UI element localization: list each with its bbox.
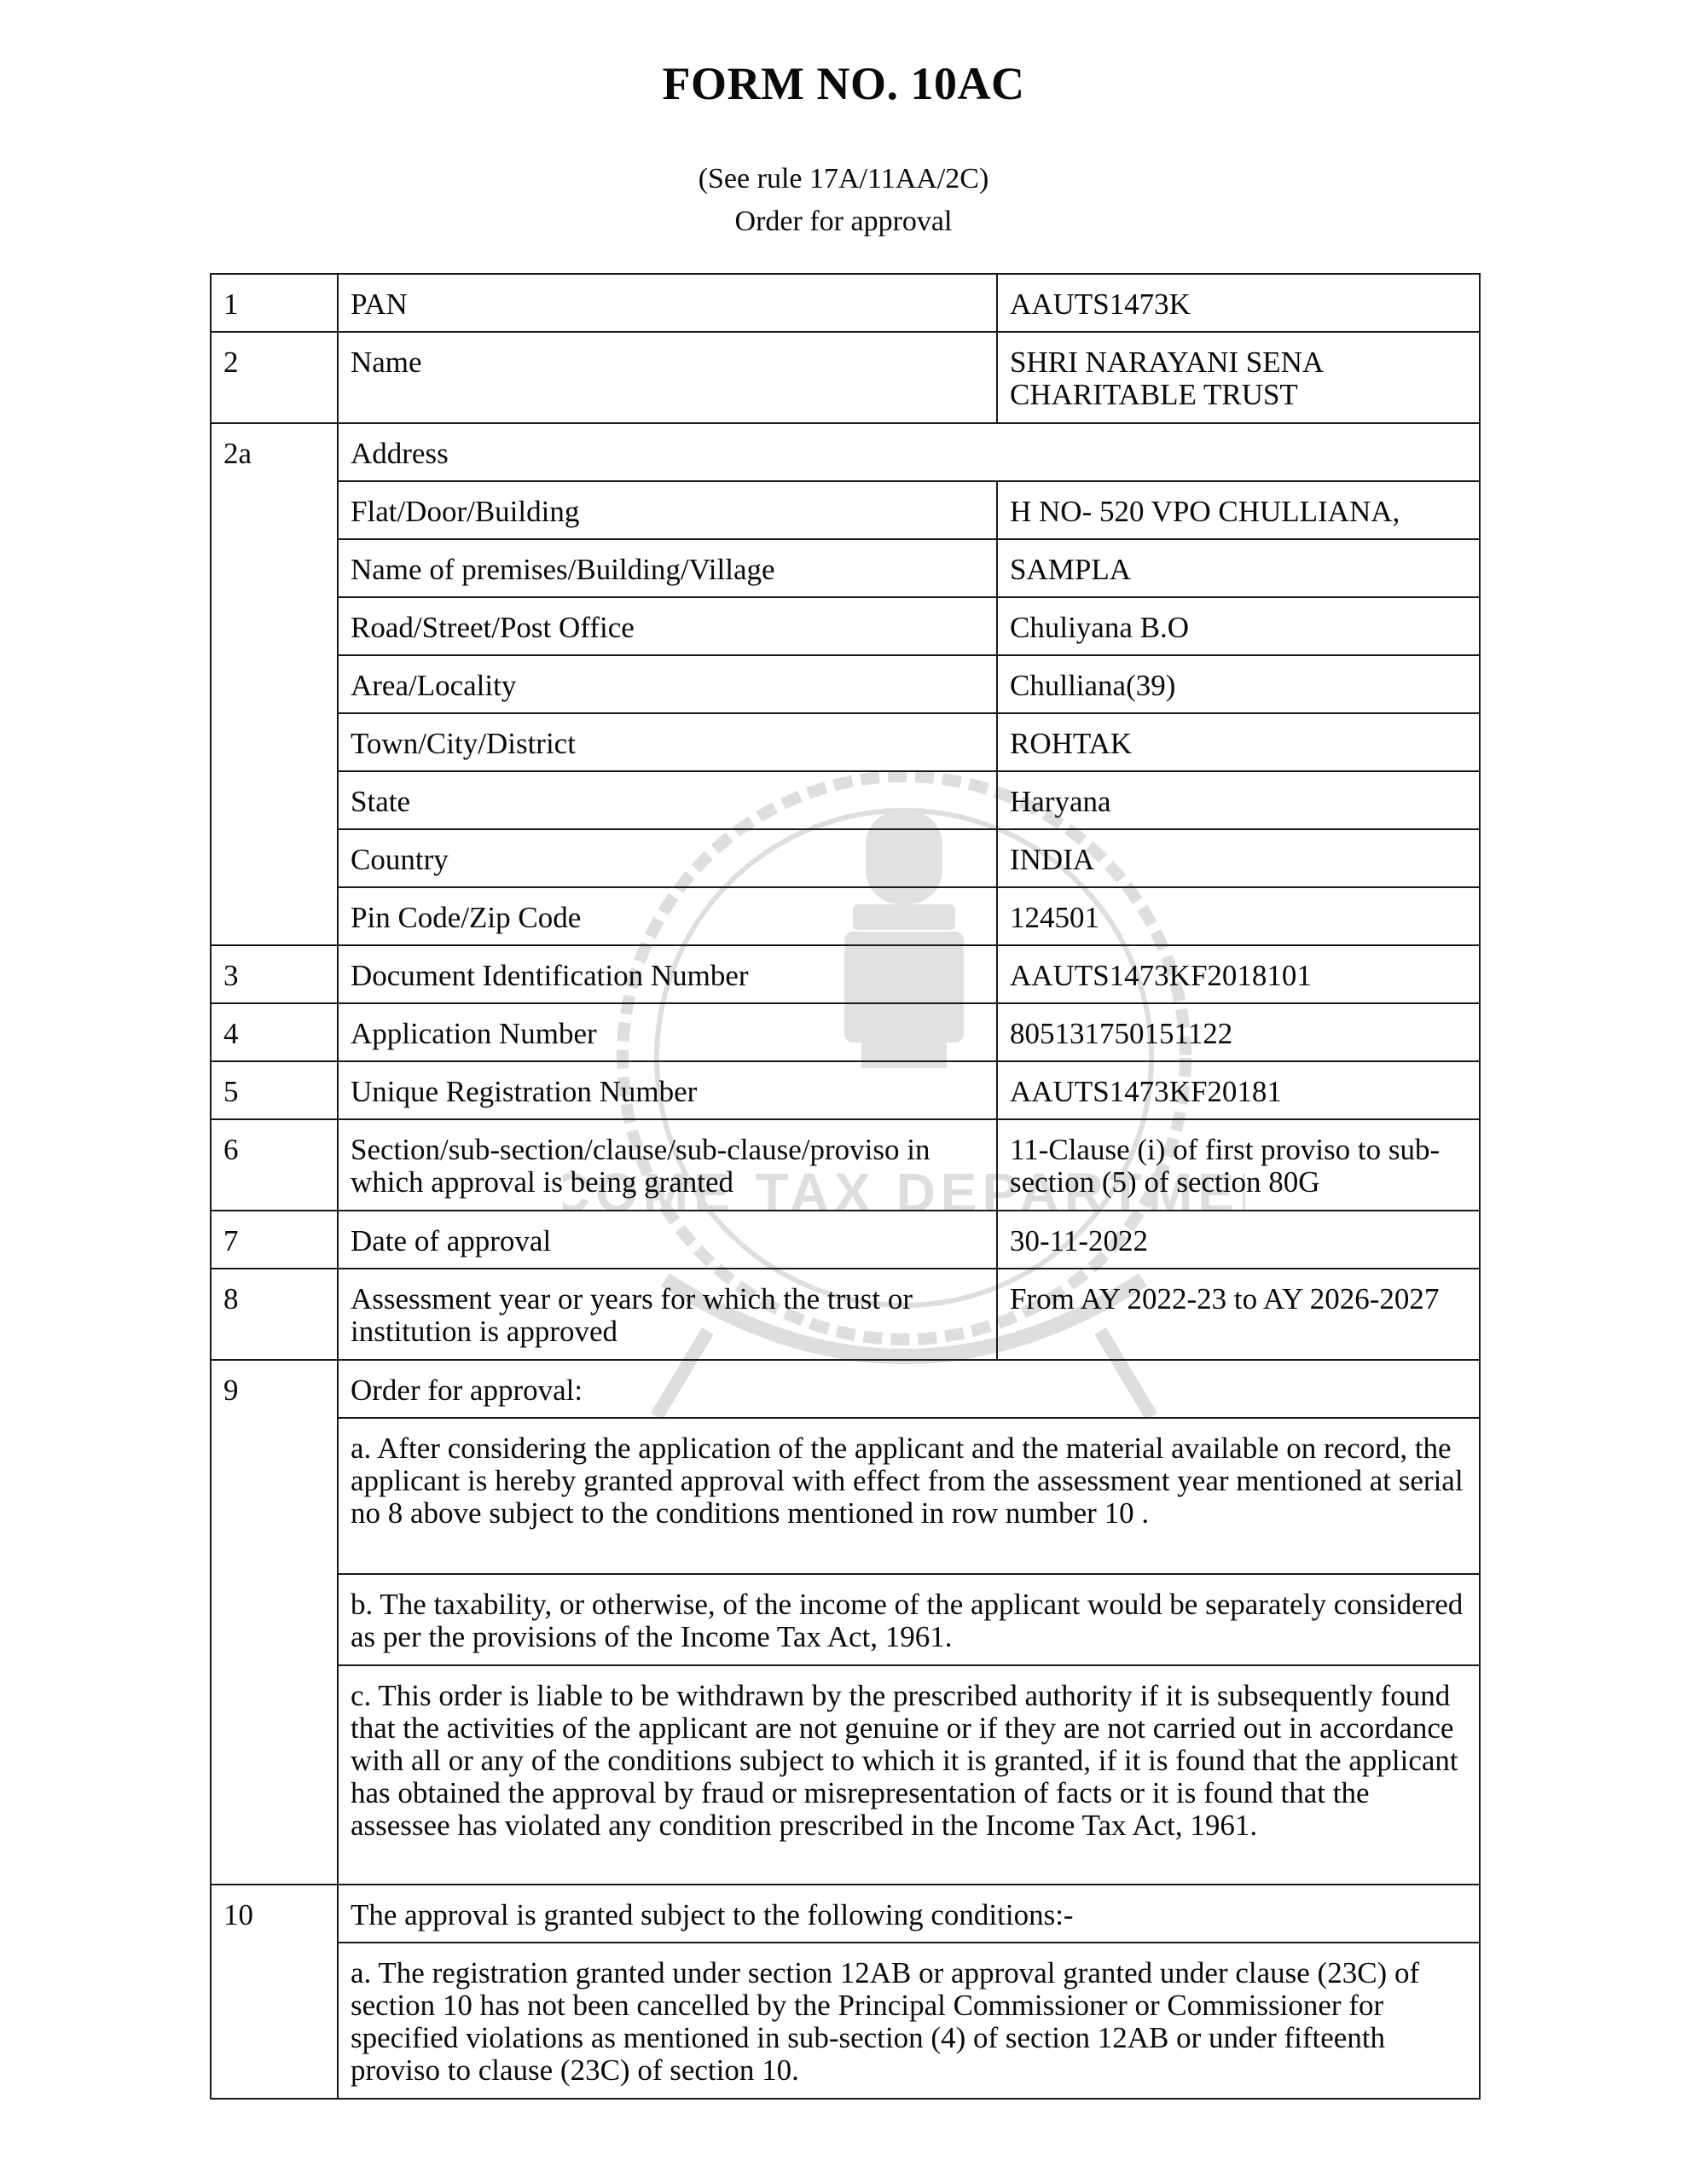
table-row-address-header: 2a Address xyxy=(211,423,1480,481)
serial-number: 2 xyxy=(211,332,338,423)
table-row-address-field: Name of premises/Building/Village SAMPLA xyxy=(211,539,1480,597)
field-value: Chulliana(39) xyxy=(997,655,1480,713)
field-value: Haryana xyxy=(997,771,1480,829)
form-subtitle: Order for approval xyxy=(0,205,1687,239)
din-value: AAUTS1473KF2018101 xyxy=(997,945,1480,1003)
serial-number: 2a xyxy=(211,423,338,945)
field-label: Assessment year or years for which the t… xyxy=(338,1269,997,1360)
field-label: Document Identification Number xyxy=(338,945,997,1003)
table-row-conditions-header: 10 The approval is granted subject to th… xyxy=(211,1885,1480,1943)
table-row-order-item: c. This order is liable to be withdrawn … xyxy=(211,1665,1480,1885)
serial-number: 6 xyxy=(211,1119,338,1211)
serial-number: 8 xyxy=(211,1269,338,1360)
table-row-address-field: Pin Code/Zip Code 124501 xyxy=(211,887,1480,945)
section-label: The approval is granted subject to the f… xyxy=(338,1885,1480,1943)
urn-value: AAUTS1473KF20181 xyxy=(997,1061,1480,1119)
table-row-date-of-approval: 7 Date of approval 30-11-2022 xyxy=(211,1211,1480,1269)
field-label: Date of approval xyxy=(338,1211,997,1269)
field-label: Flat/Door/Building xyxy=(338,481,997,539)
order-clause-c: c. This order is liable to be withdrawn … xyxy=(338,1665,1480,1885)
application-number-value: 805131750151122 xyxy=(997,1003,1480,1061)
table-row-address-field: Country INDIA xyxy=(211,829,1480,887)
table-row-din: 3 Document Identification Number AAUTS14… xyxy=(211,945,1480,1003)
table-row-section: 6 Section/sub-section/clause/sub-clause/… xyxy=(211,1119,1480,1211)
field-label: Area/Locality xyxy=(338,655,997,713)
field-value: ROHTAK xyxy=(997,713,1480,771)
serial-number: 9 xyxy=(211,1360,338,1885)
condition-clause-a: a. The registration granted under sectio… xyxy=(338,1943,1480,2099)
table-row-order-header: 9 Order for approval: xyxy=(211,1360,1480,1418)
date-of-approval-value: 30-11-2022 xyxy=(997,1211,1480,1269)
field-label: Town/City/District xyxy=(338,713,997,771)
table-row-address-field: State Haryana xyxy=(211,771,1480,829)
table-row-order-item: a. After considering the application of … xyxy=(211,1418,1480,1574)
serial-number: 3 xyxy=(211,945,338,1003)
section-label: Address xyxy=(338,423,1480,481)
serial-number: 10 xyxy=(211,1885,338,2099)
field-label: State xyxy=(338,771,997,829)
rule-reference: (See rule 17A/11AA/2C) xyxy=(0,162,1687,196)
field-label: Section/sub-section/clause/sub-clause/pr… xyxy=(338,1119,997,1211)
table-row-order-item: b. The taxability, or otherwise, of the … xyxy=(211,1574,1480,1665)
table-row-assessment-years: 8 Assessment year or years for which the… xyxy=(211,1269,1480,1360)
section-label: Order for approval: xyxy=(338,1360,1480,1418)
table-row-condition-item: a. The registration granted under sectio… xyxy=(211,1943,1480,2099)
assessment-years-value: From AY 2022-23 to AY 2026-2027 xyxy=(997,1269,1480,1360)
field-value: INDIA xyxy=(997,829,1480,887)
field-label: Road/Street/Post Office xyxy=(338,597,997,655)
form-title: FORM NO. 10AC xyxy=(0,56,1687,111)
serial-number: 4 xyxy=(211,1003,338,1061)
name-value: SHRI NARAYANI SENA CHARITABLE TRUST xyxy=(997,332,1480,423)
table-row-urn: 5 Unique Registration Number AAUTS1473KF… xyxy=(211,1061,1480,1119)
field-label: Unique Registration Number xyxy=(338,1061,997,1119)
table-row-address-field: Area/Locality Chulliana(39) xyxy=(211,655,1480,713)
pan-value: AAUTS1473K xyxy=(997,274,1480,332)
field-label: Pin Code/Zip Code xyxy=(338,887,997,945)
order-clause-a: a. After considering the application of … xyxy=(338,1418,1480,1574)
field-label: Country xyxy=(338,829,997,887)
order-clause-b: b. The taxability, or otherwise, of the … xyxy=(338,1574,1480,1665)
approval-form-table: 1 PAN AAUTS1473K 2 Name SHRI NARAYANI SE… xyxy=(210,273,1481,2100)
serial-number: 1 xyxy=(211,274,338,332)
field-label: Application Number xyxy=(338,1003,997,1061)
serial-number: 7 xyxy=(211,1211,338,1269)
field-label: Name xyxy=(338,332,997,423)
table-row-address-field: Flat/Door/Building H NO- 520 VPO CHULLIA… xyxy=(211,481,1480,539)
field-label: Name of premises/Building/Village xyxy=(338,539,997,597)
table-row-address-field: Road/Street/Post Office Chuliyana B.O xyxy=(211,597,1480,655)
table-row-address-field: Town/City/District ROHTAK xyxy=(211,713,1480,771)
field-label: PAN xyxy=(338,274,997,332)
field-value: H NO- 520 VPO CHULLIANA, xyxy=(997,481,1480,539)
table-row-name: 2 Name SHRI NARAYANI SENA CHARITABLE TRU… xyxy=(211,332,1480,423)
table-row-application-number: 4 Application Number 805131750151122 xyxy=(211,1003,1480,1061)
table-row-pan: 1 PAN AAUTS1473K xyxy=(211,274,1480,332)
serial-number: 5 xyxy=(211,1061,338,1119)
field-value: 124501 xyxy=(997,887,1480,945)
field-value: Chuliyana B.O xyxy=(997,597,1480,655)
section-value: 11-Clause (i) of first proviso to sub-se… xyxy=(997,1119,1480,1211)
field-value: SAMPLA xyxy=(997,539,1480,597)
